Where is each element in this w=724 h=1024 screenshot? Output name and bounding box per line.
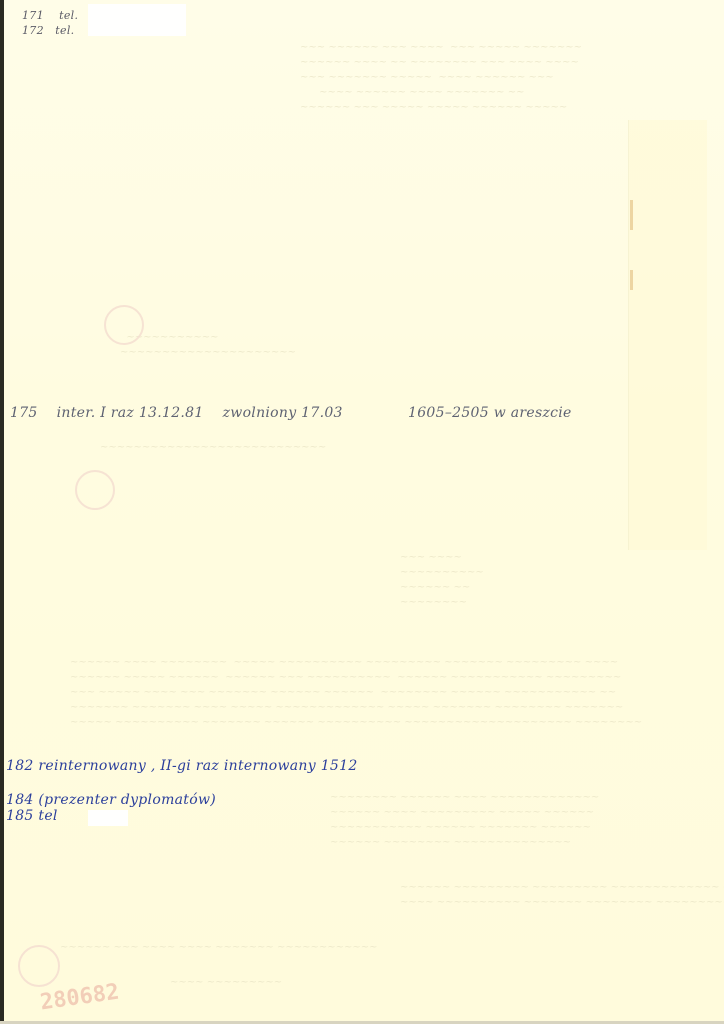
bleed-through-marks <box>630 200 633 230</box>
entry-text: tel. <box>59 9 78 22</box>
bleed-through-stamp-circle <box>75 470 115 510</box>
bleed-through-text: ~~~~ ~~~~~~~~~ <box>170 975 282 990</box>
entry-release: zwolniony 17.03 <box>223 405 343 421</box>
entry-184: 184 (prezenter dyplomatów) <box>6 792 216 808</box>
entry-175-note: 1605–2505 w areszcie <box>408 405 572 421</box>
entry-text: tel. <box>55 24 74 37</box>
bleed-through-stamp-circle <box>104 305 144 345</box>
entry-text: reinternowany , II-gi raz internowany 15… <box>38 758 357 774</box>
bleed-through-stamp-circle <box>18 945 60 987</box>
entry-number: 184 <box>6 792 34 808</box>
bleed-through-text: ~~~~~~~~~~~~~~~~~~~~~~~~~~~ <box>100 440 326 455</box>
entry-number: 172 <box>22 24 44 37</box>
entry-number: 185 <box>6 808 34 824</box>
entry-171: 171 tel. <box>22 9 78 22</box>
bleed-through-strip <box>628 120 707 550</box>
entry-185: 185 tel <box>6 808 58 824</box>
bleed-through-marks <box>630 270 633 290</box>
redaction-patch <box>88 4 186 36</box>
bleed-through-text: ~~~ ~~~~~~ ~~~ ~~~~ ~~~ ~~~~~ ~~~~~~~ ~~… <box>300 40 582 115</box>
bleed-through-text: ~~~~~~~~~~~ ~~~~~~~~~~~~~~~~~~~~~ <box>120 330 296 360</box>
bleed-through-text: ~~~~~~ ~~~~~~~~~ ~~~~~~~~~ ~~~~~~~~~~~~~… <box>400 880 724 910</box>
bleed-through-text: ~~~~~~~~ ~~~~~~ ~~~~ ~~~~~~~~~~~~~ ~~~~~… <box>330 790 599 850</box>
entry-number: 182 <box>6 758 34 774</box>
bleed-through-text: ~~~~~~ ~~~~ ~~~~~~~~ ~~~~~ ~~~~~~~~~~ ~~… <box>70 655 642 730</box>
entry-text: inter. I raz 13.12.81 <box>57 405 204 421</box>
entry-175: 175 inter. I raz 13.12.81 zwolniony 17.0… <box>10 405 343 421</box>
entry-number: 171 <box>22 9 44 22</box>
entry-172: 172 tel. <box>22 24 74 37</box>
bleed-through-stamp-number: 280682 <box>39 980 121 1016</box>
entry-text: tel <box>38 808 57 824</box>
entry-182: 182 reinternowany , II-gi raz internowan… <box>6 758 358 774</box>
document-page: ~~~ ~~~~~~ ~~~ ~~~~ ~~~ ~~~~~ ~~~~~~~ ~~… <box>0 0 724 1024</box>
entry-text: (prezenter dyplomatów) <box>38 792 216 808</box>
scan-left-edge <box>0 0 4 1024</box>
bleed-through-text: ~~~ ~~~~ ~~~~~~~~~~ ~~~~~~ ~~ ~~~~~~~~ <box>400 550 484 610</box>
redaction-patch <box>88 810 128 826</box>
bleed-through-text: ~~~~~~ ~~~ ~~~~ ~~~~ ~~~~~~~ ~~~~~~~~~~~… <box>60 940 378 955</box>
entry-number: 175 <box>10 405 38 421</box>
